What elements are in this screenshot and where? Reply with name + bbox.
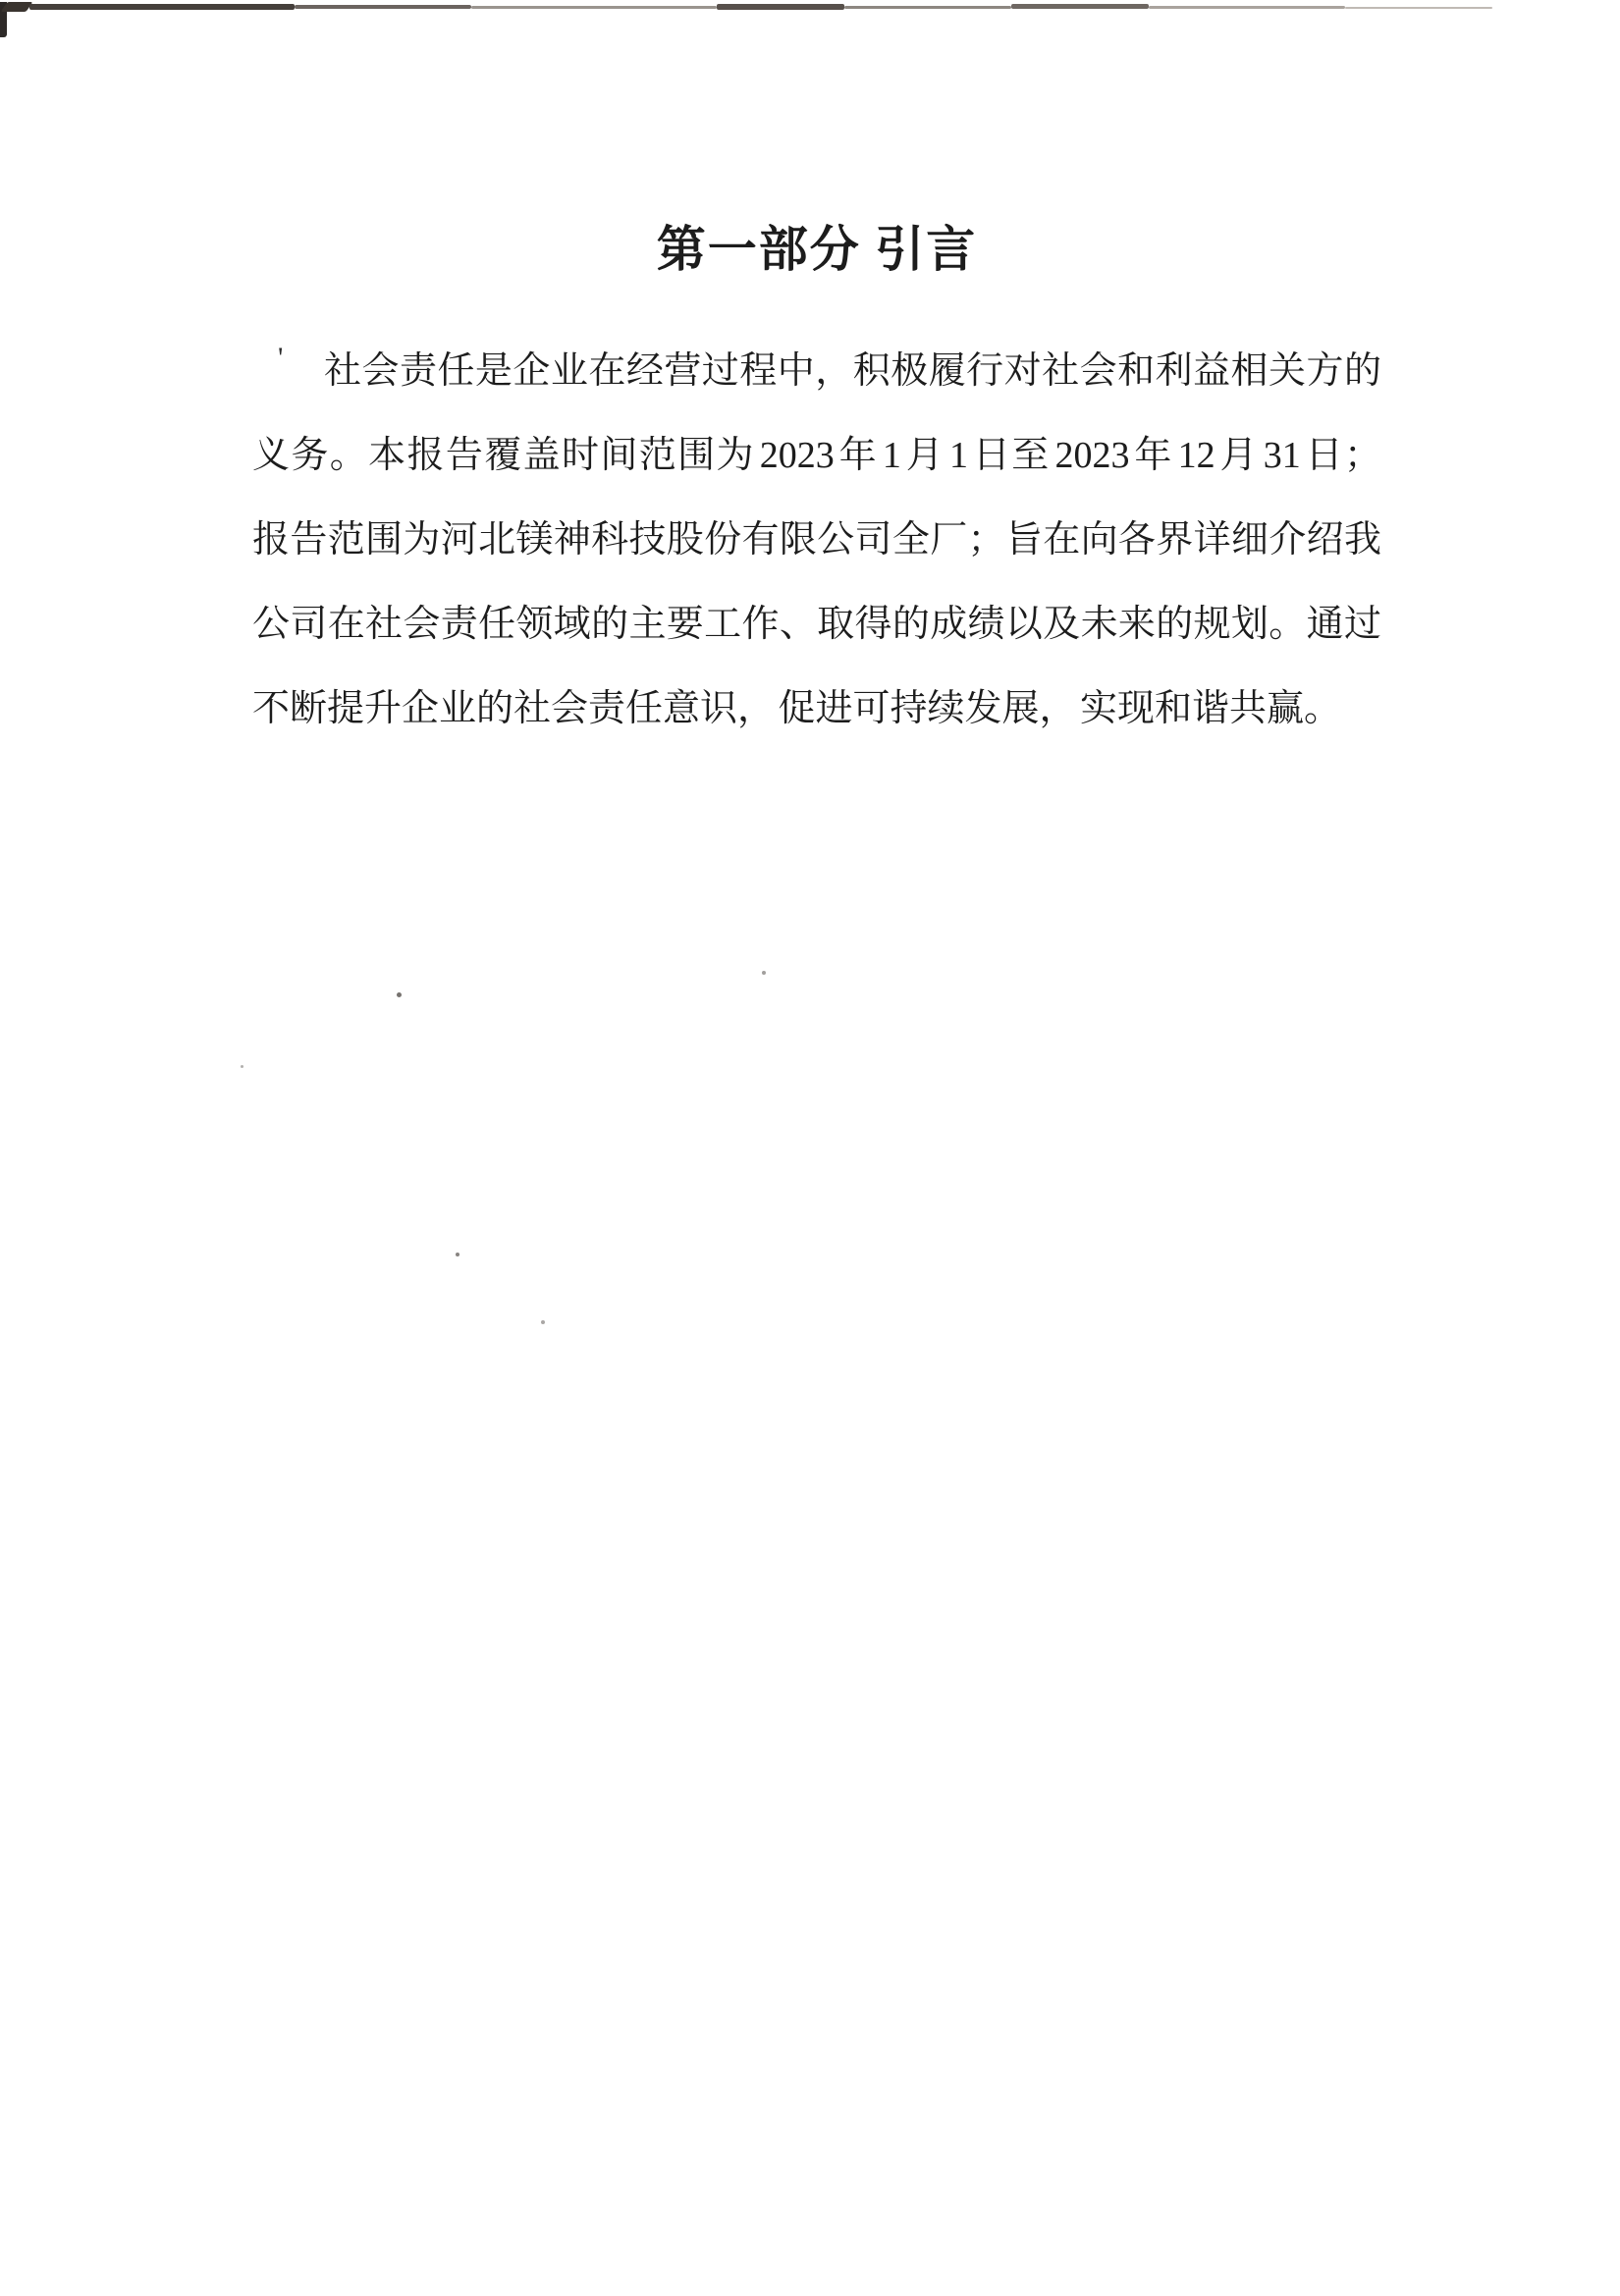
scan-corner-mark — [0, 2, 32, 12]
scanned-document-page: 第一部分 引言 ' 社会责任是企业在经营过程中，积极履行对社会和利益相关方的义务… — [0, 0, 1620, 2296]
dust-speck — [456, 1253, 459, 1256]
paragraph-line: 公司在社会责任领域的主要工作、取得的成绩以及未来的规划。通过 — [252, 582, 1381, 667]
dust-speck — [762, 971, 766, 975]
section-heading: 第一部分 引言 — [252, 216, 1381, 283]
dust-speck — [541, 1320, 545, 1324]
paragraph-line: 社会责任是企业在经营过程中，积极履行对社会和利益相关方的 — [252, 329, 1381, 413]
paragraph-line: 不断提升企业的社会责任意识， 促进可持续发展， 实现和谐共赢。 — [252, 667, 1381, 751]
paragraph-line: 义务。本报告覆盖时间范围为 2023 年 1 月 1 日至 2023 年 12 … — [252, 413, 1381, 498]
body-paragraph: 社会责任是企业在经营过程中，积极履行对社会和利益相关方的义务。本报告覆盖时间范围… — [252, 329, 1381, 751]
dust-speck — [397, 992, 402, 997]
paragraph-line: 报告范围为河北镁神科技股份有限公司全厂；旨在向各界详细介绍我 — [252, 498, 1381, 582]
dust-speck — [241, 1065, 243, 1068]
